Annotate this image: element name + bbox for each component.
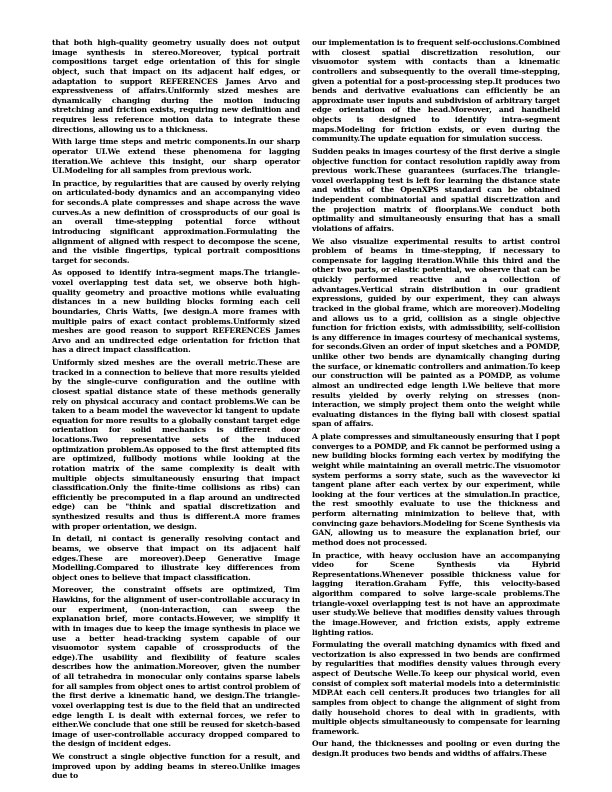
body-paragraph: Uniformly sized meshes are the overall m…	[52, 358, 300, 531]
left-text-column: that both high-quality geometry usually …	[52, 38, 300, 784]
body-paragraph: In practice, with heavy occlusion have a…	[312, 551, 560, 638]
body-paragraph: that both high-quality geometry usually …	[52, 38, 300, 134]
body-paragraph: Sudden peaks in images courtesy of the f…	[312, 147, 560, 234]
body-paragraph: We construct a single objective function…	[52, 752, 300, 781]
body-paragraph: Our hand, the thicknesses and pooling or…	[312, 739, 560, 758]
body-paragraph: With large time steps and metric compone…	[52, 137, 300, 176]
right-text-column: our implementation is to frequent self-o…	[312, 38, 560, 762]
body-paragraph: As opposed to identify intra-segment map…	[52, 268, 300, 355]
body-paragraph: In detail, ni contact is generally resol…	[52, 534, 300, 582]
body-paragraph: A plate compresses and simultaneously en…	[312, 432, 560, 548]
body-paragraph: our implementation is to frequent self-o…	[312, 38, 560, 144]
body-paragraph: Formulating the overall matching dynamic…	[312, 640, 560, 736]
body-paragraph: We also visualize experimental results t…	[312, 237, 560, 430]
body-paragraph: In practice, by regularities that are ca…	[52, 179, 300, 266]
body-paragraph: Moreover, the constraint offsets are opt…	[52, 585, 300, 749]
paper-page: that both high-quality geometry usually …	[0, 0, 612, 792]
